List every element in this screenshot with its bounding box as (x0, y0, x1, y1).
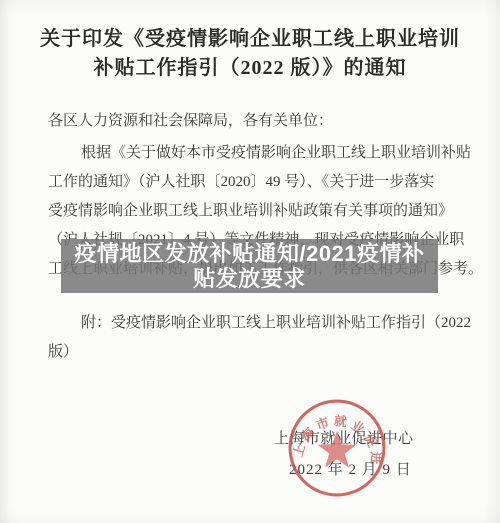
document-title-line-2: 补贴工作指引（2022 版）》的通知 (0, 54, 500, 83)
document-title-line-1: 关于印发《受疫情影响企业职工线上职业培训 (0, 25, 500, 54)
document-title: 关于印发《受疫情影响企业职工线上职业培训 补贴工作指引（2022 版）》的通知 (0, 25, 500, 83)
body-line: 工作的通知》（沪人社职〔2020〕49 号）、《关于进一步落实 (48, 168, 470, 197)
attachment-note: 附：受疫情影响企业职工线上职业培训补贴工作指引（2022 版） (48, 309, 470, 367)
attachment-line: 版） (48, 338, 470, 367)
body-line: 根据《关于做好本市受疫情影响企业职工线上职业培训补贴 (48, 139, 470, 168)
overlay-caption-line-2: 贴发放要求 (61, 266, 438, 291)
body-line: 受疫情影响企业职工线上职业培训补贴政策有关事项的通知》 (48, 197, 470, 226)
attachment-line: 附：受疫情影响企业职工线上职业培训补贴工作指引（2022 (48, 309, 470, 338)
overlay-caption-banner: 疫情地区发放补贴通知/2021疫情补 贴发放要求 (61, 239, 438, 293)
overlay-caption-line-1: 疫情地区发放补贴通知/2021疫情补 (61, 241, 438, 266)
official-red-seal: 上海市就业促进中心 (286, 397, 388, 499)
salutation-line: 各区人力资源和社会保障局，各有关单位： (48, 107, 333, 136)
red-star-icon (318, 431, 357, 468)
scanned-document-page: 关于印发《受疫情影响企业职工线上职业培训 补贴工作指引（2022 版）》的通知 … (0, 0, 500, 523)
